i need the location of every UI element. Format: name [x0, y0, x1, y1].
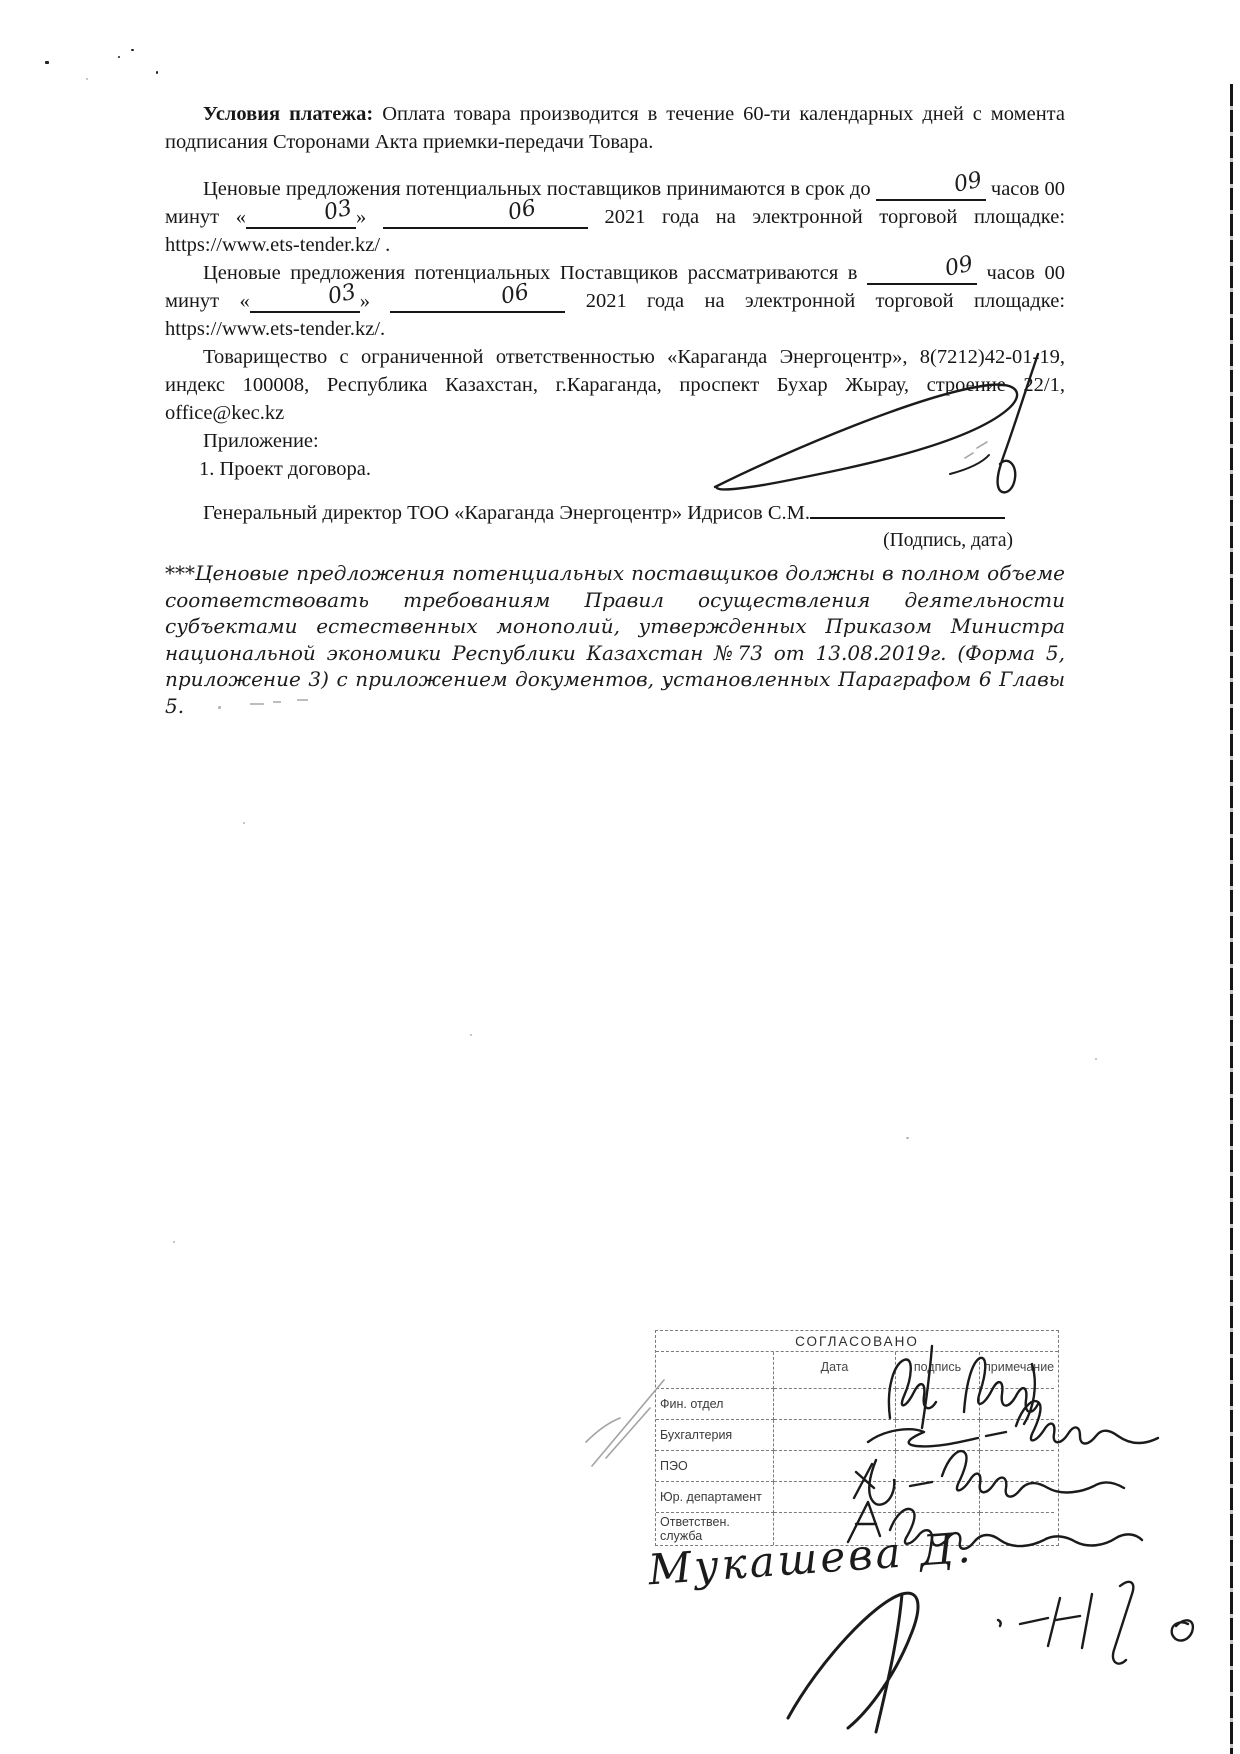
scanned-document-page: Условия платежа: Оплата товара производи… — [0, 0, 1240, 1754]
director-line: Генеральный директор ТОО «Караганда Энер… — [165, 499, 1065, 527]
handwritten-month: 06 — [469, 194, 539, 235]
text-run: 2021 года на электронной торговой площад… — [565, 290, 1065, 312]
signature-legal — [848, 1502, 1142, 1549]
director-signature — [695, 352, 1080, 502]
scan-speck — [906, 1137, 909, 1139]
handwritten-hours-field: 09 — [867, 263, 977, 285]
paragraph-payment-terms: Условия платежа: Оплата товара производи… — [165, 100, 1065, 156]
signature-flourish-f — [1113, 1582, 1133, 1664]
handwritten-day-field: 03 — [250, 291, 360, 313]
text-run: 2021 года на электронной торговой площад… — [588, 206, 1065, 228]
paragraph-price-accept: Ценовые предложения потенциальных постав… — [165, 175, 1065, 259]
signature-buhgalteria — [868, 1401, 1158, 1446]
footnote-text: ***Ценовые предложения потенциальных пос… — [165, 560, 1065, 719]
handwritten-day: 03 — [285, 198, 354, 231]
scan-speck — [86, 78, 88, 80]
paragraph-price-review: Ценовые предложения потенциальных Постав… — [165, 259, 1065, 343]
month-blank-line: 06 — [390, 287, 565, 313]
scan-speck — [118, 56, 120, 58]
scan-speck — [1095, 1058, 1097, 1060]
text-run: » — [356, 206, 383, 228]
scan-speck — [173, 1241, 175, 1243]
url-text: tender.kz/ . — [300, 234, 391, 256]
signature-underline — [810, 501, 1005, 519]
scan-edge-line — [1230, 84, 1233, 1754]
handwritten-hours-field: 09 — [876, 179, 986, 201]
handwritten-hours: 09 — [906, 254, 975, 287]
text-run: Ценовые предложения потенциальных Постав… — [203, 262, 867, 284]
handwritten-day-field: 03 — [246, 207, 356, 229]
signature-fin-otdel — [889, 1346, 936, 1428]
signature-name-marks — [998, 1594, 1092, 1648]
approval-signatures — [580, 1280, 1220, 1740]
url-text: https://www.ets-tender.kz/. — [165, 318, 385, 340]
url-text: https://www.ets- — [165, 234, 300, 256]
signature-caption: (Подпись, дата) — [165, 528, 1065, 554]
handwritten-month: 06 — [461, 278, 531, 319]
signature-large-bottom — [788, 1593, 918, 1732]
scan-speck — [243, 822, 245, 824]
scan-speck — [156, 71, 158, 74]
director-title-text: Генеральный директор ТОО «Караганда Энер… — [203, 502, 810, 524]
payment-terms-label: Условия платежа: — [203, 103, 373, 125]
pencil-mark — [586, 1380, 664, 1466]
text-run: Ценовые предложения потенциальных постав… — [203, 178, 876, 200]
signature-peo — [854, 1451, 1124, 1505]
signature-note-1 — [964, 1358, 1038, 1424]
handwritten-day: 03 — [289, 282, 358, 315]
handwritten-hours: 09 — [915, 170, 984, 203]
scan-speck — [470, 1034, 472, 1036]
scan-speck — [131, 49, 134, 51]
signature-flourish-8 — [1172, 1620, 1193, 1640]
text-run: » — [360, 290, 391, 312]
month-blank-line: 06 — [383, 203, 588, 229]
scan-speck — [45, 61, 49, 64]
